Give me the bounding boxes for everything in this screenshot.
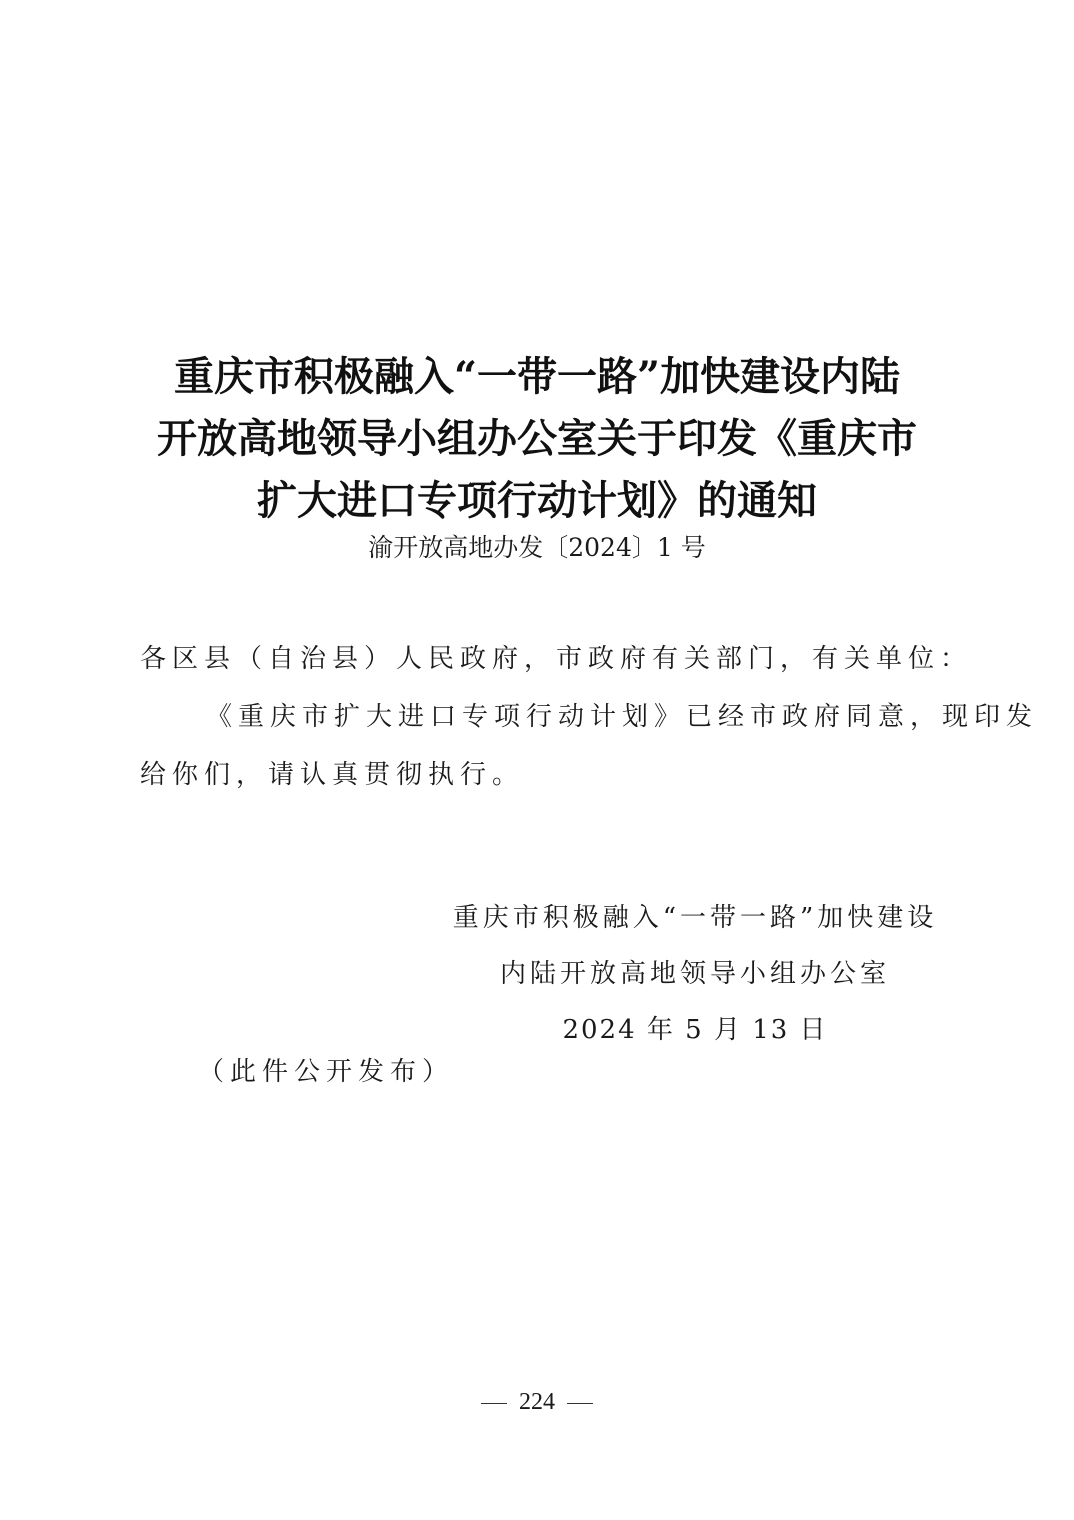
signature-org-line-2: 内陆开放高地领导小组办公室 [440, 946, 950, 1002]
document-title: 重庆市积极融入“一带一路”加快建设内陆 开放高地领导小组办公室关于印发《重庆市 … [0, 346, 1074, 532]
body-paragraph-line-1: 《重庆市扩大进口专项行动计划》已经市政府同意，现印发 [140, 688, 940, 746]
document-number: 渝开放高地办发〔2024〕1 号 [0, 530, 1074, 566]
signature-org-line-1: 重庆市积极融入“一带一路”加快建设 [440, 890, 950, 946]
addressee-line: 各区县（自治县）人民政府，市政府有关部门，有关单位： [140, 630, 940, 688]
title-line-1: 重庆市积极融入“一带一路”加快建设内陆 [0, 346, 1074, 408]
signature-date: 2024 年 5 月 13 日 [440, 1002, 950, 1058]
left-dash-decoration [481, 1403, 507, 1404]
body-paragraph-line-2: 给你们，请认真贯彻执行。 [140, 746, 940, 804]
signature-block: 重庆市积极融入“一带一路”加快建设 内陆开放高地领导小组办公室 2024 年 5… [440, 890, 950, 1058]
title-line-2: 开放高地领导小组办公室关于印发《重庆市 [0, 408, 1074, 470]
right-dash-decoration [567, 1403, 593, 1404]
title-line-3: 扩大进口专项行动计划》的通知 [0, 470, 1074, 532]
publication-note: （此件公开发布） [198, 1050, 454, 1094]
page-number-footer: 224 [0, 1386, 1074, 1418]
document-page: 重庆市积极融入“一带一路”加快建设内陆 开放高地领导小组办公室关于印发《重庆市 … [0, 0, 1074, 1520]
page-number: 224 [519, 1389, 555, 1415]
